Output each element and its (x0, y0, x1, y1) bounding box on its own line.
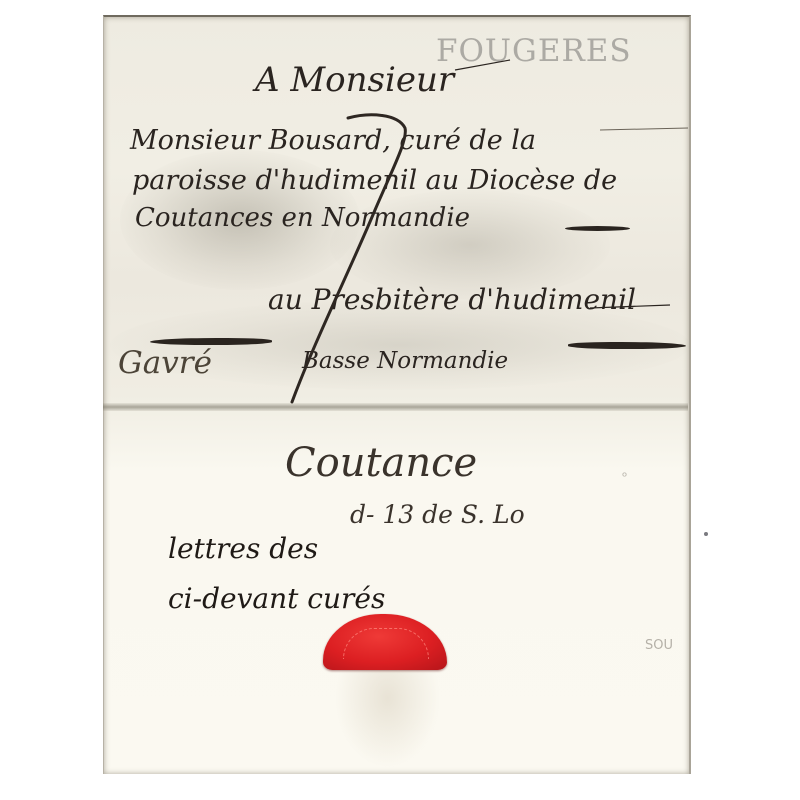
route-annotation: d- 13 de S. Lo (350, 500, 525, 529)
docket-note: lettres des (168, 532, 318, 565)
destination-annotation: Coutance (285, 440, 477, 486)
docket-note: ci-devant curés (168, 582, 385, 615)
faint-mark: SOU (645, 638, 673, 653)
dust-speck (704, 532, 708, 536)
faint-mark: ᵒ (622, 470, 627, 485)
seal-residue (335, 668, 440, 768)
seal-impression (343, 628, 429, 659)
